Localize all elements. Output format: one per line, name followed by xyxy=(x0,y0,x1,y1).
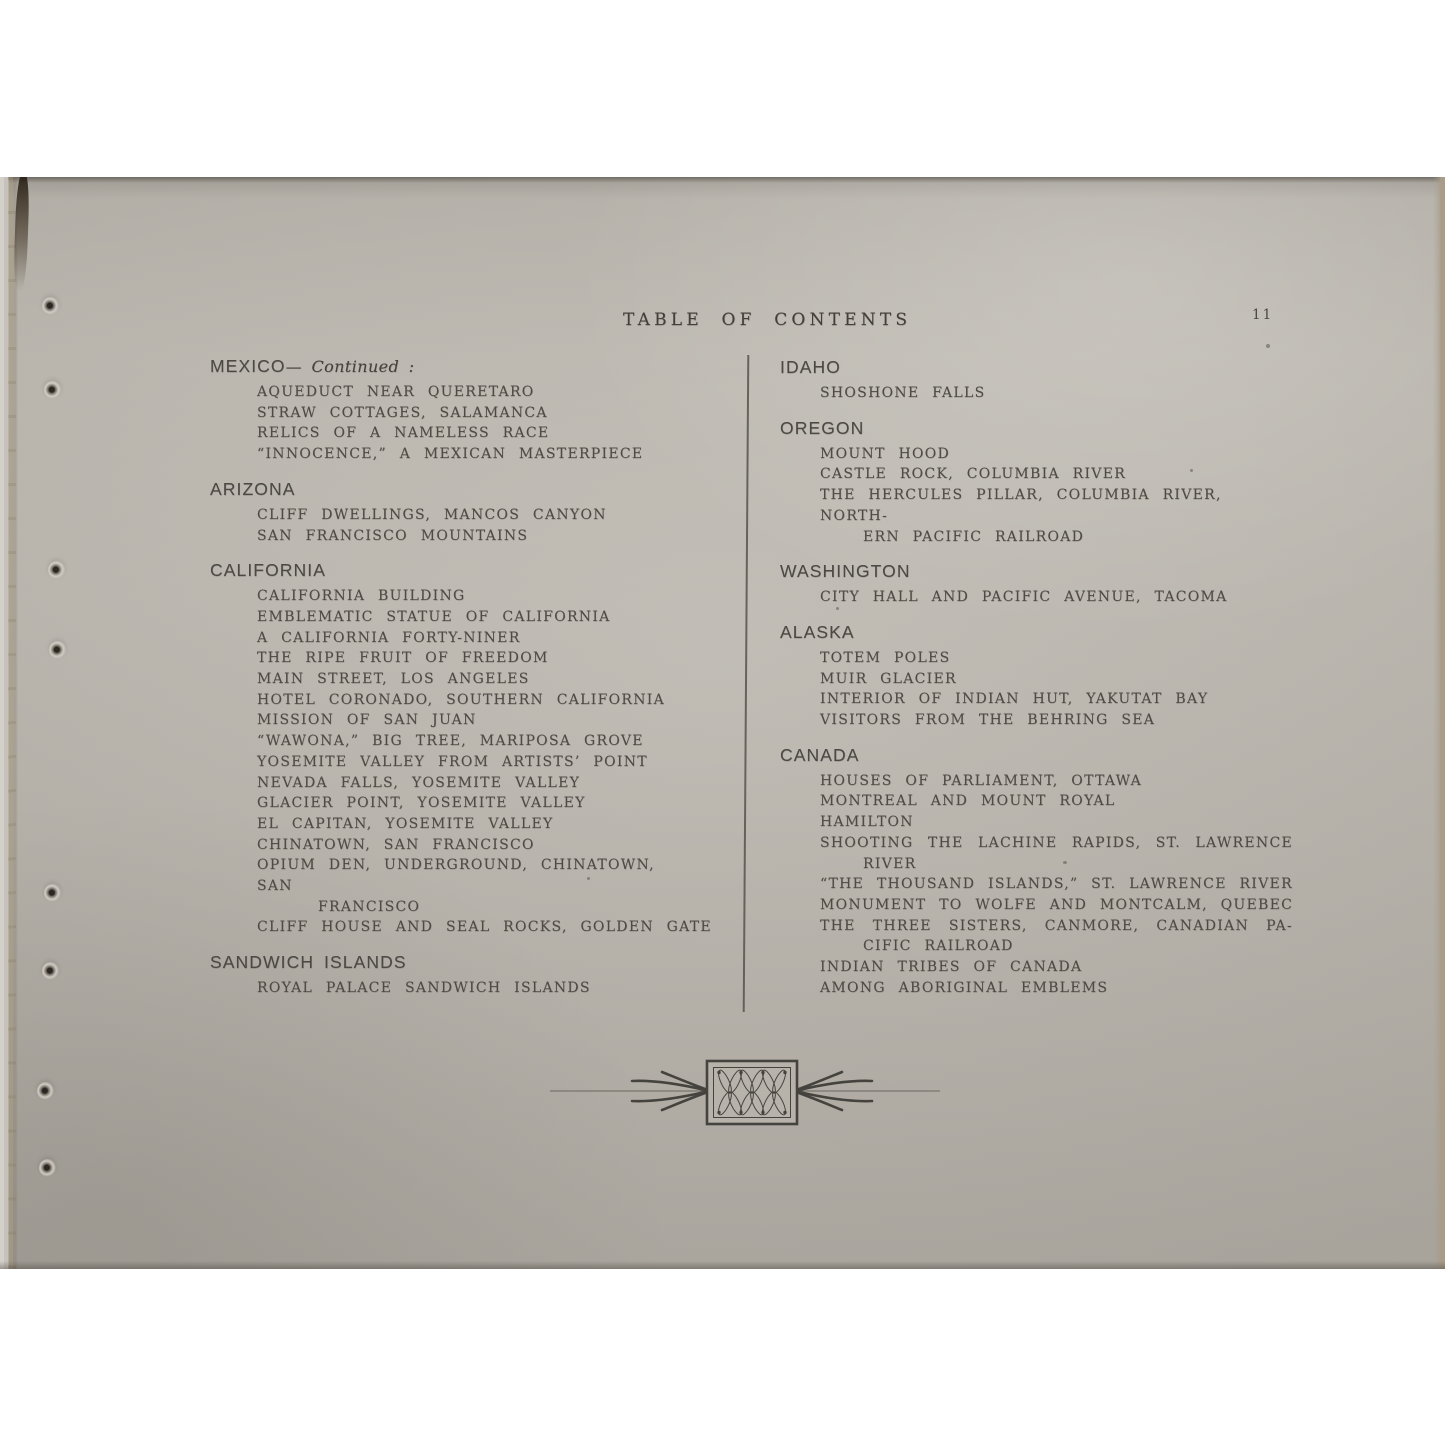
toc-entry-line: CHINATOWN, SAN FRANCISCO xyxy=(257,835,715,856)
toc-entry-line: “WAWONA,” BIG TREE, MARIPOSA GROVE xyxy=(257,731,715,752)
toc-entry-line: NEVADA FALLS, YOSEMITE VALLEY xyxy=(257,773,715,794)
toc-entry-line: THE RIPE FRUIT OF FREEDOM xyxy=(257,648,715,669)
toc-section-heading-text: IDAHO xyxy=(780,357,841,377)
binding-hole xyxy=(44,884,61,902)
toc-entry-line: OPIUM DEN, UNDERGROUND, CHINATOWN, SAN xyxy=(257,855,700,896)
toc-section-heading: CALIFORNIA xyxy=(210,559,715,582)
page-title: TABLE OF CONTENTS xyxy=(623,310,911,330)
binding-hole xyxy=(44,381,61,399)
toc-section-heading-text: ARIZONA xyxy=(210,479,295,499)
screenshot-canvas: TABLE OF CONTENTS 11 MEXICO— Continued :… xyxy=(0,0,1445,1445)
column-divider-rule xyxy=(743,355,749,1012)
toc-section-heading: MEXICO— Continued : xyxy=(210,355,715,378)
toc-entry-line: MONTREAL AND MOUNT ROYAL xyxy=(820,791,1300,812)
page-top-edge xyxy=(0,177,1445,183)
binding-hole xyxy=(49,641,66,659)
toc-entry-line: SHOSHONE FALLS xyxy=(820,383,1300,404)
toc-entry-line: EMBLEMATIC STATUE OF CALIFORNIA xyxy=(257,607,715,628)
toc-entry-line: FRANCISCO xyxy=(318,897,715,918)
toc-entry-line: EL CAPITAN, YOSEMITE VALLEY xyxy=(257,814,715,835)
book-page-photo: TABLE OF CONTENTS 11 MEXICO— Continued :… xyxy=(0,177,1445,1269)
toc-entry-line: CASTLE ROCK, COLUMBIA RIVER xyxy=(820,464,1300,485)
toc-left-column: MEXICO— Continued :AQUEDUCT NEAR QUERETA… xyxy=(210,342,715,999)
toc-entry-line: MAIN STREET, LOS ANGELES xyxy=(257,669,715,690)
binding-hole xyxy=(48,561,65,579)
toc-entry-line: SHOOTING THE LACHINE RAPIDS, ST. LAWRENC… xyxy=(820,833,1293,854)
toc-entry-line: AMONG ABORIGINAL EMBLEMS xyxy=(820,978,1300,999)
toc-entry-line: RIVER xyxy=(863,854,1300,875)
toc-entry-line: MISSION OF SAN JUAN xyxy=(257,710,715,731)
page-bottom-edge xyxy=(0,1261,1445,1269)
toc-right-column: IDAHOSHOSHONE FALLSOREGONMOUNT HOODCASTL… xyxy=(780,343,1300,998)
toc-entry-line: CLIFF DWELLINGS, MANCOS CANYON xyxy=(257,505,715,526)
toc-section-heading-note: — Continued : xyxy=(286,357,415,376)
binding-hole xyxy=(39,1159,56,1177)
toc-entry-line: HOTEL CORONADO, SOUTHERN CALIFORNIA xyxy=(257,690,715,711)
toc-entry-line: SAN FRANCISCO MOUNTAINS xyxy=(257,526,715,547)
toc-entry-line: A CALIFORNIA FORTY-NINER xyxy=(257,628,715,649)
toc-entry-line: CLIFF HOUSE AND SEAL ROCKS, GOLDEN GATE xyxy=(257,917,715,938)
toc-entry-line: YOSEMITE VALLEY FROM ARTISTS’ POINT xyxy=(257,752,715,773)
toc-entry-line: STRAW COTTAGES, SALAMANCA xyxy=(257,403,715,424)
toc-section-heading: CANADA xyxy=(780,744,1300,767)
toc-section-heading: SANDWICH ISLANDS xyxy=(210,951,715,974)
ornament-divider xyxy=(530,1039,970,1135)
toc-entry-line: CIFIC RAILROAD xyxy=(863,936,1300,957)
toc-entry-line: HAMILTON xyxy=(820,812,1300,833)
deckle-ripple xyxy=(8,177,16,1269)
toc-entry-line: RELICS OF A NAMELESS RACE xyxy=(257,423,715,444)
toc-entry-line: “INNOCENCE,” A MEXICAN MASTERPIECE xyxy=(257,444,715,465)
toc-entry-line: THE HERCULES PILLAR, COLUMBIA RIVER, NOR… xyxy=(820,485,1293,526)
toc-section-heading: IDAHO xyxy=(780,356,1300,379)
toc-section-heading: ALASKA xyxy=(780,621,1300,644)
toc-entry-line: ERN PACIFIC RAILROAD xyxy=(863,527,1300,548)
toc-section-heading: OREGON xyxy=(780,417,1300,440)
binding-hole xyxy=(42,962,59,980)
toc-section-heading-text: CANADA xyxy=(780,745,860,765)
toc-section-heading-text: WASHINGTON xyxy=(780,561,911,581)
binding-hole xyxy=(42,297,59,315)
toc-entry-line: ROYAL PALACE SANDWICH ISLANDS xyxy=(257,978,715,999)
page-number: 11 xyxy=(1252,307,1273,323)
toc-entry-line: GLACIER POINT, YOSEMITE VALLEY xyxy=(257,793,715,814)
toc-section-heading-text: SANDWICH ISLANDS xyxy=(210,952,407,972)
toc-entry-line: THE THREE SISTERS, CANMORE, CANADIAN PA- xyxy=(820,916,1293,937)
page-right-edge xyxy=(1433,177,1445,1269)
toc-section-heading-text: MEXICO xyxy=(210,356,286,376)
toc-section-heading-text: OREGON xyxy=(780,418,864,438)
toc-entry-line: CITY HALL AND PACIFIC AVENUE, TACOMA xyxy=(820,587,1300,608)
toc-entry-line: INTERIOR OF INDIAN HUT, YAKUTAT BAY xyxy=(820,689,1300,710)
toc-entry-line: MONUMENT TO WOLFE AND MONTCALM, QUEBEC xyxy=(820,895,1300,916)
toc-section-heading: WASHINGTON xyxy=(780,560,1300,583)
toc-entry-line: AQUEDUCT NEAR QUERETARO xyxy=(257,382,715,403)
toc-section-heading-text: ALASKA xyxy=(780,622,855,642)
toc-entry-line: INDIAN TRIBES OF CANADA xyxy=(820,957,1300,978)
binding-hole xyxy=(37,1082,54,1100)
toc-section-heading-text: CALIFORNIA xyxy=(210,560,326,580)
toc-entry-line: “THE THOUSAND ISLANDS,” ST. LAWRENCE RIV… xyxy=(820,874,1300,895)
toc-entry-line: MOUNT HOOD xyxy=(820,444,1300,465)
toc-entry-line: VISITORS FROM THE BEHRING SEA xyxy=(820,710,1300,731)
toc-entry-line: TOTEM POLES xyxy=(820,648,1300,669)
toc-entry-line: HOUSES OF PARLIAMENT, OTTAWA xyxy=(820,771,1300,792)
toc-entry-line: CALIFORNIA BUILDING xyxy=(257,586,715,607)
toc-section-heading: ARIZONA xyxy=(210,478,715,501)
toc-entry-line: MUIR GLACIER xyxy=(820,669,1300,690)
